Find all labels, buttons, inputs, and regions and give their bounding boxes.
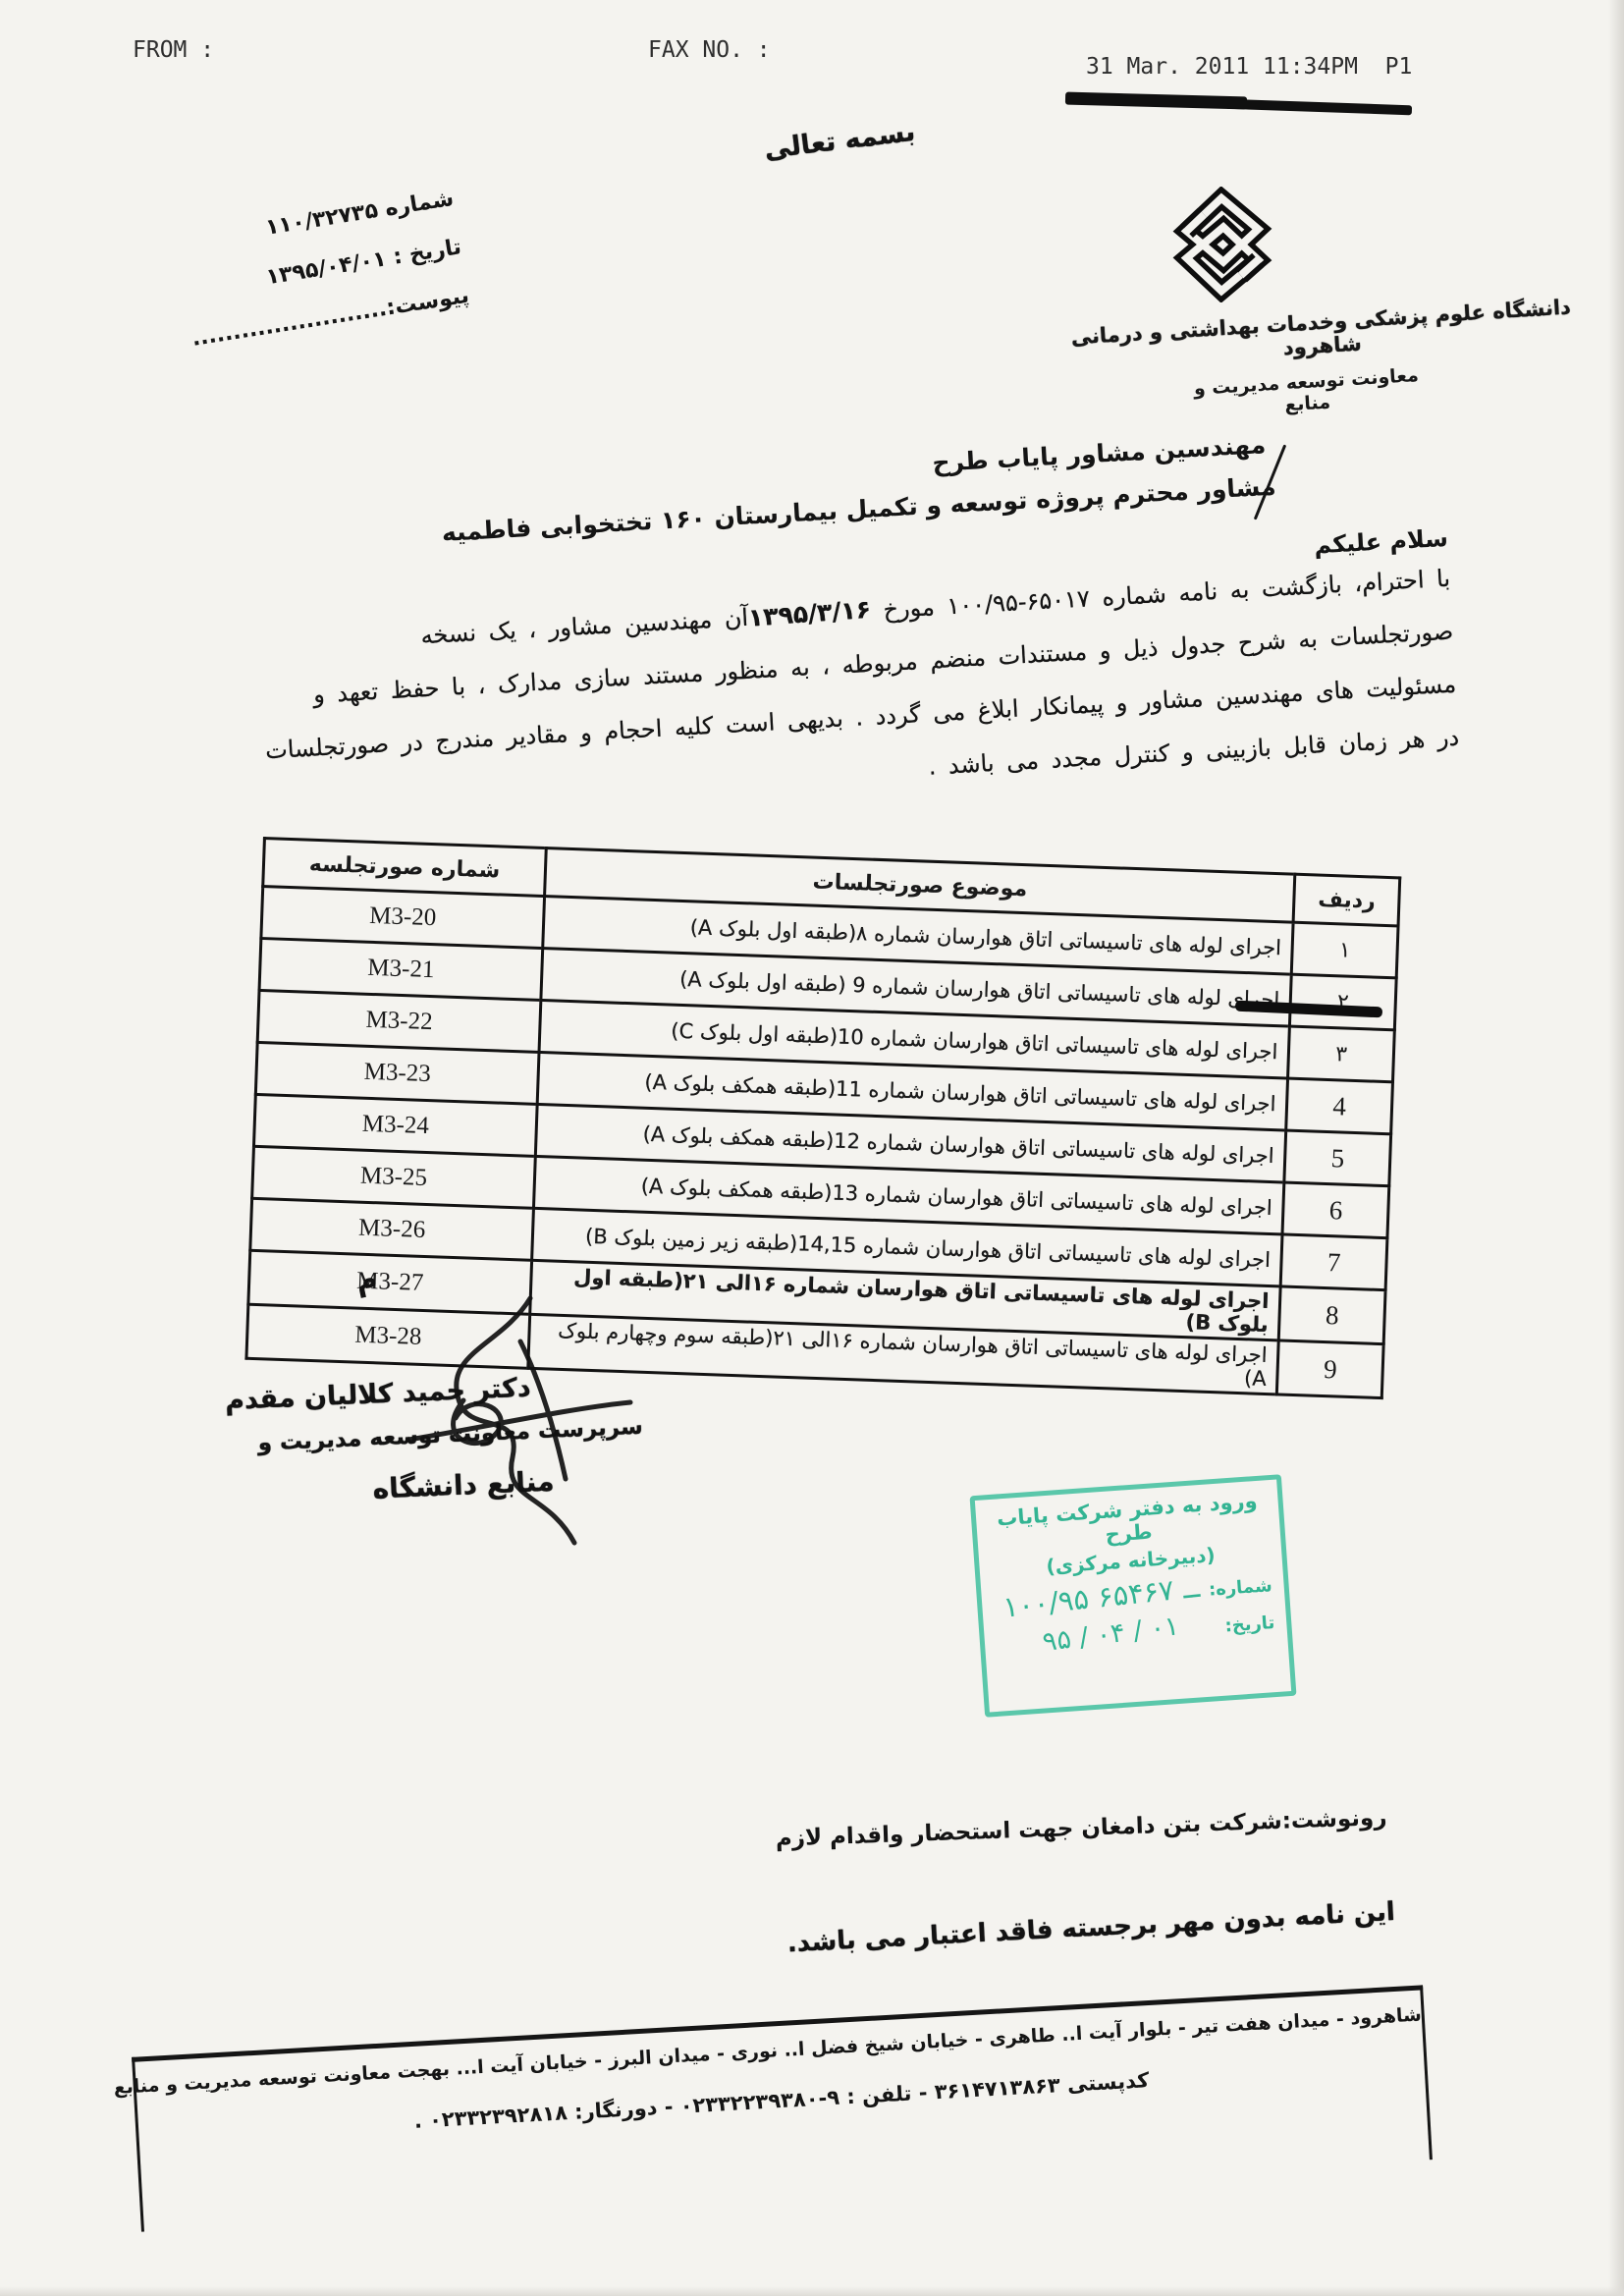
scan-edge-shadow (0, 2286, 1624, 2296)
fax-datetime: 31 Mar. 2011 11:34PM P1 (1086, 54, 1412, 80)
row-number: 9 (1277, 1340, 1384, 1398)
signature-scrawl (373, 1292, 668, 1567)
row-number: 8 (1279, 1286, 1386, 1344)
stamp-number-label: شماره: (1208, 1575, 1272, 1600)
cc-note: رونوشت:شرکت بتن دامغان جهت استحضار واقدا… (589, 1805, 1386, 1858)
fax-number-label: FAX NO. : (648, 37, 771, 63)
university-name: دانشگاه علوم پزشکی وخدمات بهداشتی و درما… (1069, 295, 1574, 372)
university-deputy: معاونت توسعه مدیریت و منابع (1173, 363, 1440, 422)
row-number: ۲ (1290, 974, 1396, 1030)
scan-edge-shadow (1608, 0, 1624, 2296)
footer-address-box: شاهرود - میدان هفت تیر - بلوار آیت ا.. ط… (132, 1985, 1433, 2231)
bismillah-text: بسمه تعالی (763, 117, 917, 166)
row-number: 4 (1286, 1078, 1392, 1134)
row-number: 6 (1282, 1182, 1388, 1238)
col-header-row-no: ردیف (1293, 874, 1399, 926)
fax-document-page: FROM : FAX NO. : 31 Mar. 2011 11:34PM P1… (0, 0, 1624, 2296)
stamp-date-label: تاریخ: (1224, 1613, 1275, 1636)
scan-smudge (1225, 99, 1412, 116)
university-logo-icon (1164, 187, 1279, 302)
handwritten-date: ۱۳۹۵/۳/۱۶ (746, 583, 873, 645)
letter-body: مهندسین مشاور پایاب طرح مشاور محترم پروژ… (179, 420, 1461, 834)
scan-smudge (1065, 92, 1247, 110)
row-number: ۳ (1288, 1026, 1394, 1082)
row-number: ۱ (1292, 922, 1398, 978)
row-number: 5 (1284, 1130, 1390, 1186)
row-number: 7 (1280, 1234, 1386, 1290)
entry-stamp: ورود به دفتر شرکت پایاب طرح (دبیرخانه مر… (970, 1474, 1297, 1718)
reference-block: شماره ۱۱۰/۳۲۷۳۵ تاریخ : ۱۳۹۵/۰۴/۰۱ پیوست… (159, 175, 473, 366)
fax-from-label: FROM : (133, 37, 214, 63)
body-line-1-post: آن مهندسین مشاور ، یک نسخه (420, 604, 749, 650)
validity-note: این نامه بدون مهر برجسته فاقد اعتبار می … (665, 1897, 1396, 1965)
